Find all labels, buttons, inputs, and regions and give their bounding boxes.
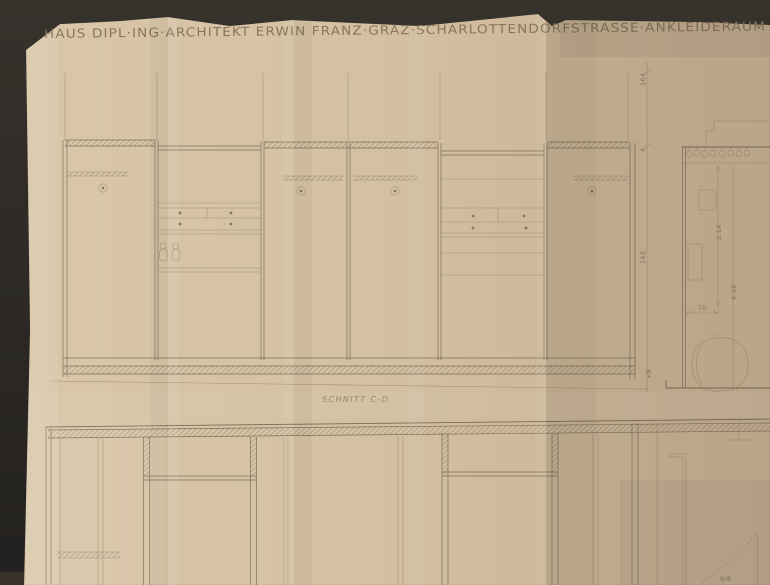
fold-highlight bbox=[536, 0, 546, 585]
shelf-strip-left-door bbox=[67, 172, 128, 176]
drawer-knob bbox=[472, 215, 475, 218]
drawer-knob bbox=[179, 223, 182, 226]
door-knob-center bbox=[394, 190, 397, 193]
horizontal-crease bbox=[26, 392, 770, 418]
door-knob-center bbox=[102, 187, 105, 190]
niche-jamb bbox=[442, 433, 448, 474]
fold-highlight bbox=[168, 0, 178, 585]
fold-shadow bbox=[546, 0, 596, 585]
cornice-band-left bbox=[65, 140, 155, 146]
shelf-strip-center-door-b bbox=[353, 176, 417, 180]
drawer-knob bbox=[230, 223, 233, 226]
bottom-right-shade bbox=[620, 480, 770, 585]
drawer-knob bbox=[525, 227, 528, 230]
drawer-knob bbox=[230, 212, 233, 215]
drawer-knob bbox=[523, 215, 526, 218]
drawing-canvas: HAUS DIPL·ING·ARCHITEKT ERWIN FRANZ·GRAZ… bbox=[0, 0, 770, 585]
fold-highlight bbox=[408, 0, 424, 585]
corner-highlight bbox=[26, 418, 166, 585]
niche-jamb bbox=[251, 437, 257, 478]
drawer-knob bbox=[472, 227, 475, 230]
photo-of-architectural-drawing: HAUS DIPL·ING·ARCHITEKT ERWIN FRANZ·GRAZ… bbox=[0, 0, 770, 585]
fold-highlight bbox=[282, 0, 294, 585]
drawer-knob bbox=[179, 212, 182, 215]
fold-shadow bbox=[294, 0, 312, 585]
